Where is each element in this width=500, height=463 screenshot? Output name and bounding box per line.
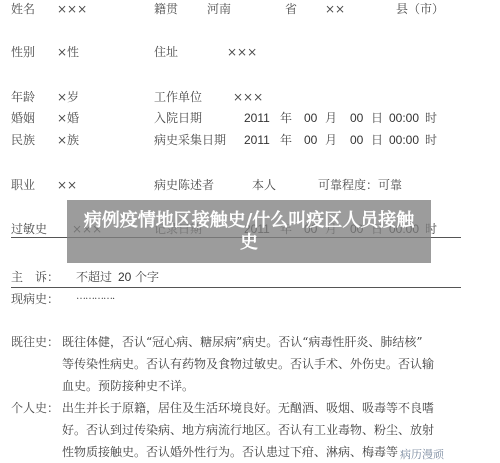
- admission-month: 00: [304, 111, 317, 125]
- personal-history-line: 出生并长于原籍，居住及生活环境良好。无酗酒、吸烟、吸毒等不良嗜: [62, 397, 434, 419]
- history-time: 00:00: [389, 133, 419, 147]
- personal-history-line: 性物质接触史。否认婚外性行为。否认患过下疳、淋病、梅毒等: [62, 441, 434, 463]
- personal-history-label: 个人史：: [11, 401, 59, 415]
- age-value: ×岁: [57, 90, 79, 104]
- ethnicity-value: ×族: [57, 133, 79, 147]
- complaint-value: 不超过: [76, 270, 112, 284]
- overlay-title: 病例疫情地区接触史/什么叫疫区人员接触史: [79, 210, 419, 254]
- past-history-text: 既往体健，否认“冠心病、糖尿病”病史。否认“病毒性肝炎、肺结核” 等传染性病史。…: [62, 331, 434, 397]
- address-label: 住址: [154, 45, 178, 59]
- ethnicity-label: 民族: [11, 133, 35, 147]
- province-value: 河南: [207, 2, 231, 16]
- marriage-value: ×婚: [57, 111, 79, 125]
- history-date-label: 病史采集日期: [154, 133, 226, 147]
- history-month-unit: 月: [325, 133, 337, 147]
- admission-month-unit: 月: [325, 111, 337, 125]
- marriage-label: 婚姻: [11, 111, 35, 125]
- age-label: 年龄: [11, 90, 35, 104]
- personal-history-line: 好。否认到过传染病、地方病流行地区。否认有工业毒物、粉尘、放射: [62, 419, 434, 441]
- past-history-line: 既往体健，否认“冠心病、糖尿病”病史。否认“病毒性肝炎、肺结核”: [62, 331, 434, 353]
- past-history-line: 血史。预防接种史不详。: [62, 375, 434, 397]
- present-illness-label: 现病史：: [11, 292, 59, 306]
- past-history-line: 等传染性病史。否认有药物及食物过敏史。否认手术、外伤史。否认输: [62, 353, 434, 375]
- name-value: ×××: [57, 2, 87, 16]
- title-overlay-banner: 病例疫情地区接触史/什么叫疫区人员接触史: [67, 200, 431, 263]
- admission-day: 00: [350, 111, 363, 125]
- history-time-unit: 时: [425, 133, 437, 147]
- history-month: 00: [304, 133, 317, 147]
- occupation-value: ××: [57, 178, 77, 192]
- work-unit-value: ×××: [233, 90, 263, 104]
- county-value: ××: [325, 2, 345, 16]
- narrator-value: 本人: [252, 178, 276, 192]
- province-label: 省: [285, 2, 297, 16]
- complaint-num: 20: [118, 270, 131, 284]
- present-illness-value: …………．: [76, 290, 121, 304]
- allergy-label: 过敏史: [11, 222, 47, 236]
- admission-day-unit: 日: [371, 111, 383, 125]
- name-label: 姓名: [11, 2, 35, 16]
- narrator-label: 病史陈述者: [154, 178, 214, 192]
- gender-value: ×性: [57, 45, 79, 59]
- watermark-text: 病历漫顽: [400, 446, 444, 462]
- complaint-suffix: 个字: [135, 270, 159, 284]
- work-unit-label: 工作单位: [154, 90, 202, 104]
- admission-date-label: 入院日期: [154, 111, 202, 125]
- history-year: 2011: [244, 133, 270, 147]
- admission-year: 2011: [244, 111, 270, 125]
- native-place-label: 籍贯: [154, 2, 178, 16]
- history-day: 00: [350, 133, 363, 147]
- history-year-unit: 年: [280, 133, 292, 147]
- complaint-label: 主 诉：: [11, 270, 59, 284]
- admission-year-unit: 年: [280, 111, 292, 125]
- past-history-label: 既往史：: [11, 335, 59, 349]
- county-label: 县（市）: [396, 2, 444, 16]
- address-value: ×××: [227, 45, 257, 59]
- history-day-unit: 日: [371, 133, 383, 147]
- admission-time-unit: 时: [425, 111, 437, 125]
- personal-history-text: 出生并长于原籍，居住及生活环境良好。无酗酒、吸烟、吸毒等不良嗜 好。否认到过传染…: [62, 397, 434, 463]
- occupation-label: 职业: [11, 178, 35, 192]
- reliability-text: 可靠程度：可靠: [318, 178, 402, 192]
- gender-label: 性别: [11, 45, 35, 59]
- divider-line: [11, 287, 461, 288]
- admission-time: 00:00: [389, 111, 419, 125]
